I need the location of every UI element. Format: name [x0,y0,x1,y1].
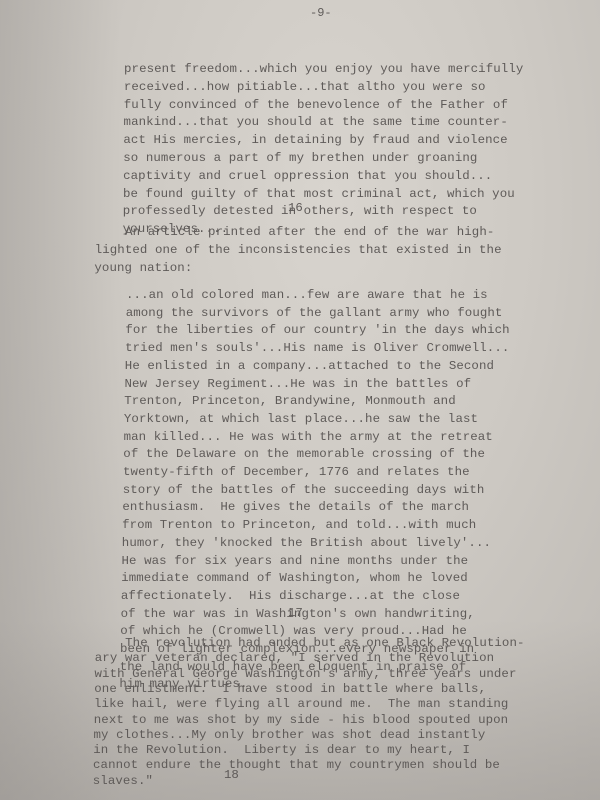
text-line: slaves." [93,774,153,788]
text-line: story of the battles of the succeeding d… [123,483,485,497]
text-line: mankind...that you should at the same ti… [124,115,508,129]
text-line: my clothes...My only brother was shot de… [94,728,486,742]
text-line: received...how pitiable...that altho you… [124,80,486,94]
text-line: New Jersey Regiment...He was in the batt… [125,377,472,391]
text-line: man killed... He was with the army at th… [124,430,493,444]
text-line: enthusiasm. He gives the details of the … [122,500,469,514]
text-line: He was for six years and nine months und… [122,554,469,568]
text-line: affectionately. His discharge...at the c… [121,589,460,603]
text-line: captivity and cruel oppression that you … [123,169,492,183]
text-line: An article printed after the end of the … [95,225,494,239]
text-line: be found guilty of that most criminal ac… [123,187,515,201]
text-line: among the survivors of the gallant army … [126,306,503,320]
text-line: ary war veteran declared, "I served in t… [95,651,494,665]
text-line: like hail, were flying all around me. Th… [94,697,508,711]
text-line: The revolution had ended but as one Blac… [95,636,525,650]
text-line: lighted one of the inconsistencies that … [95,243,502,257]
text-line: Yorktown, at which last place...he saw t… [124,412,478,426]
footnote-ref-17: 17 [288,606,303,620]
text-line: in the Revolution. Liberty is dear to my… [93,743,470,757]
text-line: tried men's souls'...His name is Oliver … [125,341,509,355]
text-line: twenty-fifth of December, 1776 and relat… [123,465,470,479]
text-line: act His mercies, in detaining by fraud a… [123,133,507,147]
footnote-ref-18: 18 [224,768,239,782]
text-line: immediate command of Washington, whom he… [121,571,468,585]
text-line: with General George Washington's army, t… [95,667,517,681]
footnote-ref-16: 16 [288,201,303,215]
text-line: from Trenton to Princeton, and told...wi… [122,518,476,532]
text-line: cannot endure the thought that my countr… [93,758,500,772]
text-line: present freedom...which you enjoy you ha… [124,62,523,76]
text-line: of the Delaware on the memorable crossin… [123,447,485,461]
text-line: ...an old colored man...few are aware th… [126,288,488,302]
text-line: one enlistment. I have stood in battle w… [94,682,486,696]
page-number: -9- [310,6,332,20]
text-line: next to me was shot by my side - his blo… [94,713,508,727]
typewritten-page: -9- present freedom...which you enjoy yo… [0,0,600,800]
text-line: young nation: [94,261,192,275]
text-line: fully convinced of the benevolence of th… [124,98,508,112]
text-line: He enlisted in a company...attached to t… [125,359,494,373]
text-line: for the liberties of our country 'in the… [125,323,509,337]
text-line: Trenton, Princeton, Brandywine, Monmouth… [124,394,456,408]
text-line: humor, they 'knocked the British about l… [122,536,491,550]
text-line: so numerous a part of my brethen under g… [123,151,477,165]
